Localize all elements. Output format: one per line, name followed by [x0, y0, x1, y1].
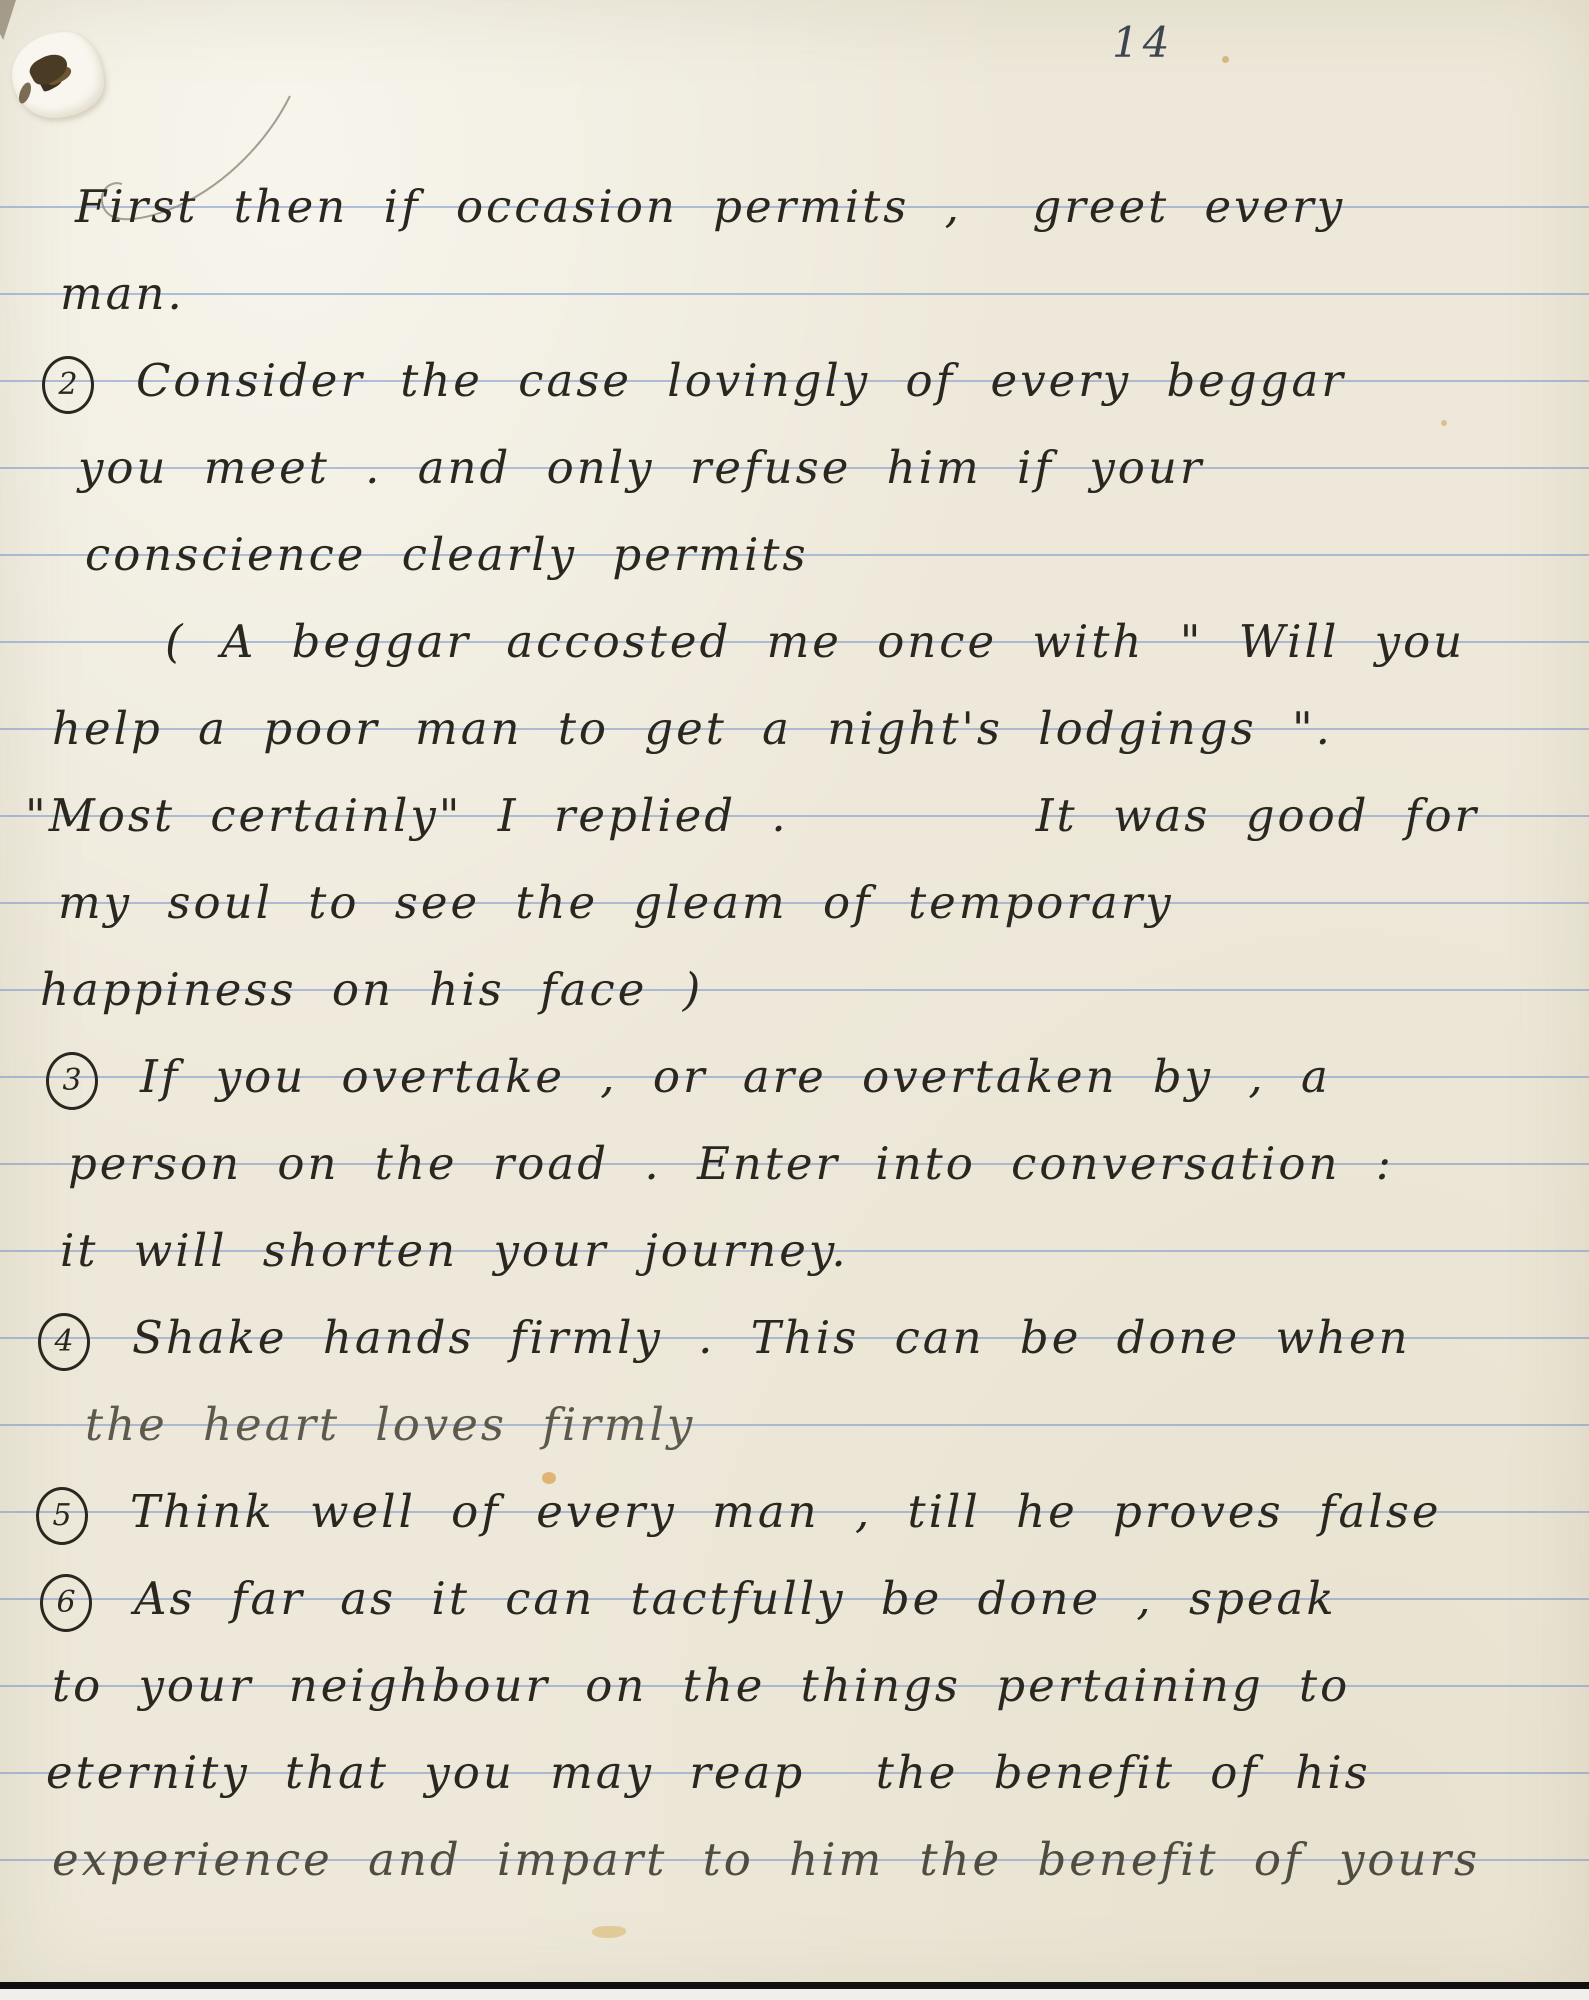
handwritten-line: experience and impart to him the benefit…	[52, 1799, 1480, 1883]
line-text: "Most certainly" I replied . It was good…	[25, 787, 1479, 845]
handwritten-line: 2 Consider the case lovingly of every be…	[42, 320, 1346, 404]
line-text: man.	[60, 265, 185, 323]
section-number-4: 4	[38, 1313, 90, 1371]
handwritten-line: help a poor man to get a night's lodging…	[52, 668, 1333, 752]
line-text: help a poor man to get a night's lodging…	[52, 700, 1333, 758]
handwritten-line: person on the road . Enter into conversa…	[68, 1103, 1394, 1187]
section-number-6: 6	[40, 1574, 92, 1632]
scan-edge-bottom	[0, 1982, 1589, 1989]
scan-edge-below	[0, 1989, 1589, 2000]
stain	[1222, 56, 1229, 63]
line-text: If you overtake , or are overtaken by , …	[140, 1048, 1331, 1106]
handwritten-line: 4 Shake hands firmly . This can be done …	[38, 1277, 1411, 1361]
handwritten-line: man.	[60, 233, 185, 317]
handwritten-line: 6 As far as it can tactfully be done , s…	[40, 1538, 1337, 1622]
paper-edge-notch	[0, 0, 16, 40]
handwritten-notebook-page: 14 First then if occasion permits , gree…	[0, 0, 1589, 2000]
handwritten-line: the heart loves firmly	[85, 1364, 695, 1448]
line-text: it will shorten your journey.	[60, 1222, 849, 1280]
damage-mark	[26, 49, 72, 90]
line-text: person on the road . Enter into conversa…	[68, 1135, 1394, 1193]
handwritten-line: conscience clearly permits	[85, 494, 809, 578]
line-text: my soul to see the gleam of temporary	[58, 874, 1174, 932]
line-text: experience and impart to him the benefit…	[52, 1831, 1480, 1889]
line-text: conscience clearly permits	[85, 526, 809, 584]
handwritten-line: ( A beggar accosted me once with " Will …	[165, 581, 1465, 665]
handwritten-line: First then if occasion permits , greet e…	[75, 146, 1345, 230]
line-text: you meet . and only refuse him if your	[78, 439, 1204, 497]
line-text: happiness on his face )	[40, 961, 703, 1019]
page-number: 14	[1112, 18, 1173, 67]
line-text: First then if occasion permits , greet e…	[75, 178, 1345, 236]
handwritten-line: 5 Think well of every man , till he prov…	[36, 1451, 1442, 1535]
handwritten-line: "Most certainly" I replied . It was good…	[25, 755, 1479, 839]
line-text: Shake hands firmly . This can be done wh…	[132, 1309, 1411, 1367]
line-text: As far as it can tactfully be done , spe…	[134, 1570, 1337, 1628]
line-text: eternity that you may reap the benefit o…	[46, 1744, 1371, 1802]
handwritten-line: you meet . and only refuse him if your	[78, 407, 1204, 491]
stain	[592, 1926, 626, 1938]
damage-mark	[17, 81, 34, 105]
handwritten-line: eternity that you may reap the benefit o…	[46, 1712, 1371, 1796]
stain	[1441, 420, 1447, 426]
handwritten-line: it will shorten your journey.	[60, 1190, 849, 1274]
handwritten-line: happiness on his face )	[40, 929, 703, 1013]
handwritten-line: to your neighbour on the things pertaini…	[52, 1625, 1350, 1709]
line-text: Consider the case lovingly of every begg…	[136, 352, 1346, 410]
line-text: Think well of every man , till he proves…	[130, 1483, 1442, 1541]
paper-damage	[12, 32, 104, 118]
line-text: the heart loves firmly	[85, 1396, 695, 1454]
handwritten-line: my soul to see the gleam of temporary	[58, 842, 1174, 926]
section-number-2: 2	[42, 356, 94, 414]
section-number-5: 5	[36, 1487, 88, 1545]
section-number-3: 3	[46, 1052, 98, 1110]
line-text: to your neighbour on the things pertaini…	[52, 1657, 1350, 1715]
line-text: ( A beggar accosted me once with " Will …	[165, 613, 1465, 671]
handwritten-line: 3 If you overtake , or are overtaken by …	[46, 1016, 1331, 1100]
